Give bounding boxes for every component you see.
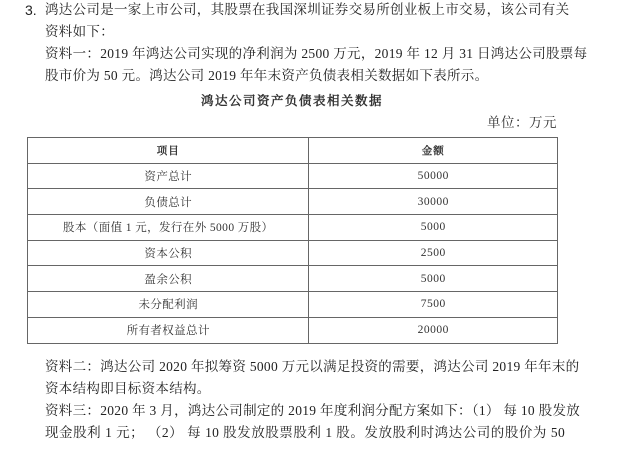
material3-line-1: 资料三：2020 年 3 月，鸿达公司制定的 2019 年度利润分配方案如下：（…	[45, 402, 565, 420]
row-amount: 2500	[309, 240, 558, 266]
question-number: 3.	[25, 1, 37, 19]
row-amount: 5000	[309, 215, 558, 241]
table-title: 鸿达公司资产负债表相关数据	[0, 91, 584, 109]
row-amount: 50000	[309, 163, 558, 189]
row-amount: 30000	[309, 189, 558, 215]
row-amount: 7500	[309, 292, 558, 318]
table-row: 股本（面值 1 元，发行在外 5000 万股） 5000	[28, 215, 558, 241]
row-item: 负债总计	[28, 189, 309, 215]
material1-line-1: 资料一：2019 年鸿达公司实现的净利润为 2500 万元，2019 年 12 …	[45, 45, 557, 63]
intro-line-2: 资料如下：	[45, 23, 114, 41]
row-item: 资本公积	[28, 240, 309, 266]
row-item: 资产总计	[28, 163, 309, 189]
material1-line-2: 股市价为 50 元。鸿达公司 2019 年年末资产负债表相关数据如下表所示。	[45, 67, 488, 85]
intro-line-1: 鸿达公司是一家上市公司，其股票在我国深圳证券交易所创业板上市交易，该公司有关	[45, 1, 557, 19]
table-row: 资本公积 2500	[28, 240, 558, 266]
row-item: 未分配利润	[28, 292, 309, 318]
row-item: 所有者权益总计	[28, 317, 309, 343]
row-amount: 20000	[309, 317, 558, 343]
material3-line-2: 现金股利 1 元； （2） 每 10 股发放股票股利 1 股。发放股利时鸿达公司…	[45, 424, 565, 442]
header-amount: 金额	[309, 138, 558, 164]
row-item: 股本（面值 1 元，发行在外 5000 万股）	[28, 215, 309, 241]
row-amount: 5000	[309, 266, 558, 292]
table-unit: 单位：万元	[487, 111, 557, 131]
table-header-row: 项目 金额	[28, 138, 558, 164]
material2-line-1: 资料二：鸿达公司 2020 年拟筹资 5000 万元以满足投资的需要，鸿达公司 …	[45, 358, 565, 376]
table-row: 盈余公积 5000	[28, 266, 558, 292]
balance-sheet-table: 项目 金额 资产总计 50000 负债总计 30000 股本（面值 1 元，发行…	[27, 137, 558, 344]
table-row: 负债总计 30000	[28, 189, 558, 215]
table-row: 未分配利润 7500	[28, 292, 558, 318]
table-row: 资产总计 50000	[28, 163, 558, 189]
material2-line-2: 资本结构即目标资本结构。	[45, 380, 211, 398]
header-item: 项目	[28, 138, 309, 164]
row-item: 盈余公积	[28, 266, 309, 292]
table-row: 所有者权益总计 20000	[28, 317, 558, 343]
